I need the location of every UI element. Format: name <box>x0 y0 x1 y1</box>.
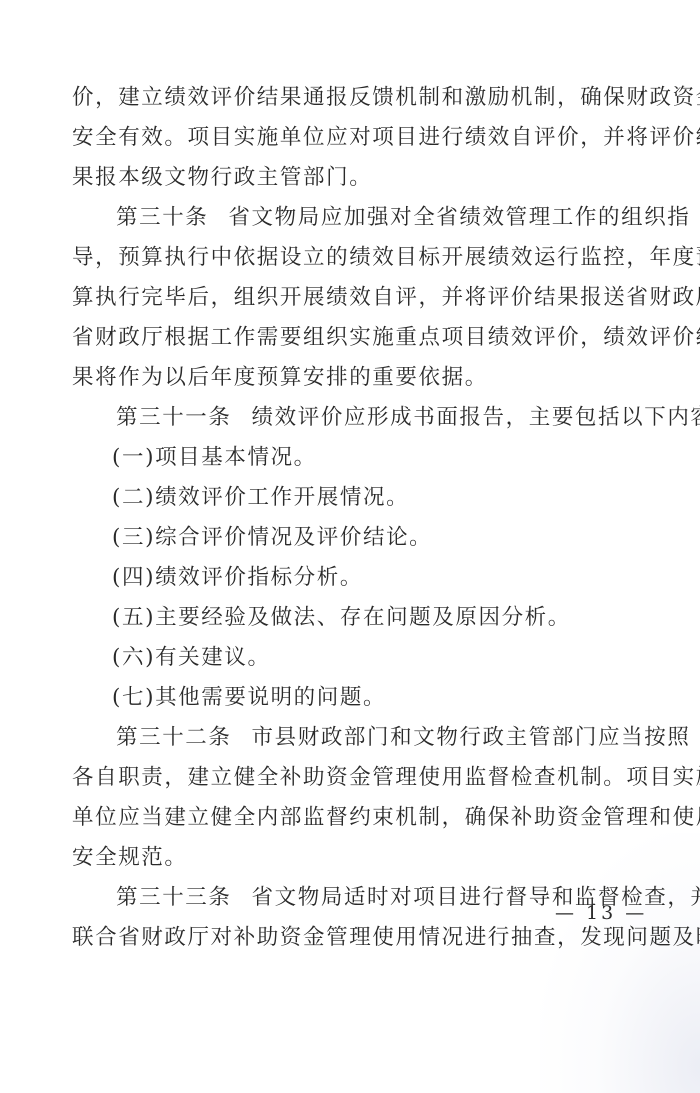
article-text: 市县财政部门和文物行政主管部门应当按照 <box>252 725 691 750</box>
text-line: 省财政厅根据工作需要组织实施重点项目绩效评价，绩效评价结 <box>72 318 632 358</box>
article-text: 省文物局应加强对全省绩效管理工作的组织指 <box>228 205 690 230</box>
article-number: 第三十二条 <box>116 725 232 750</box>
text-line: 算执行完毕后，组织开展绩效自评，并将评价结果报送省财政厅。 <box>72 278 632 318</box>
text-line: 果报本级文物行政主管部门。 <box>72 158 632 198</box>
list-item: (六)有关建议。 <box>72 638 632 678</box>
article-30-heading-line: 第三十条省文物局应加强对全省绩效管理工作的组织指 <box>72 198 632 238</box>
article-33-heading-line: 第三十三条省文物局适时对项目进行督导和监督检查，并 <box>72 878 632 918</box>
list-item: (七)其他需要说明的问题。 <box>72 678 632 718</box>
text-line: 导，预算执行中依据设立的绩效目标开展绩效运行监控，年度预 <box>72 238 632 278</box>
page-number: — 13 — <box>555 898 647 928</box>
text-line: 各自职责，建立健全补助资金管理使用监督检查机制。项目实施 <box>72 758 632 798</box>
text-line: 安全规范。 <box>72 838 632 878</box>
text-line: 果将作为以后年度预算安排的重要依据。 <box>72 358 632 398</box>
list-item: (五)主要经验及做法、存在问题及原因分析。 <box>72 598 632 638</box>
article-31-heading-line: 第三十一条绩效评价应形成书面报告，主要包括以下内容: <box>72 398 632 438</box>
list-item: (二)绩效评价工作开展情况。 <box>72 478 632 518</box>
article-text: 绩效评价应形成书面报告，主要包括以下内容: <box>252 405 700 430</box>
article-number: 第三十一条 <box>116 405 232 430</box>
text-line: 价，建立绩效评价结果通报反馈机制和激励机制，确保财政资金 <box>72 78 632 118</box>
text-line: 单位应当建立健全内部监督约束机制，确保补助资金管理和使用 <box>72 798 632 838</box>
article-32-heading-line: 第三十二条市县财政部门和文物行政主管部门应当按照 <box>72 718 632 758</box>
text-line: 安全有效。项目实施单位应对项目进行绩效自评价，并将评价结 <box>72 118 632 158</box>
article-number: 第三十三条 <box>116 885 232 910</box>
list-item: (四)绩效评价指标分析。 <box>72 558 632 598</box>
article-number: 第三十条 <box>116 205 208 230</box>
document-body: 价，建立绩效评价结果通报反馈机制和激励机制，确保财政资金 安全有效。项目实施单位… <box>72 78 632 958</box>
text-line: 联合省财政厅对补助资金管理使用情况进行抽查，发现问题及时 <box>72 918 632 958</box>
list-item: (一)项目基本情况。 <box>72 438 632 478</box>
list-item: (三)综合评价情况及评价结论。 <box>72 518 632 558</box>
